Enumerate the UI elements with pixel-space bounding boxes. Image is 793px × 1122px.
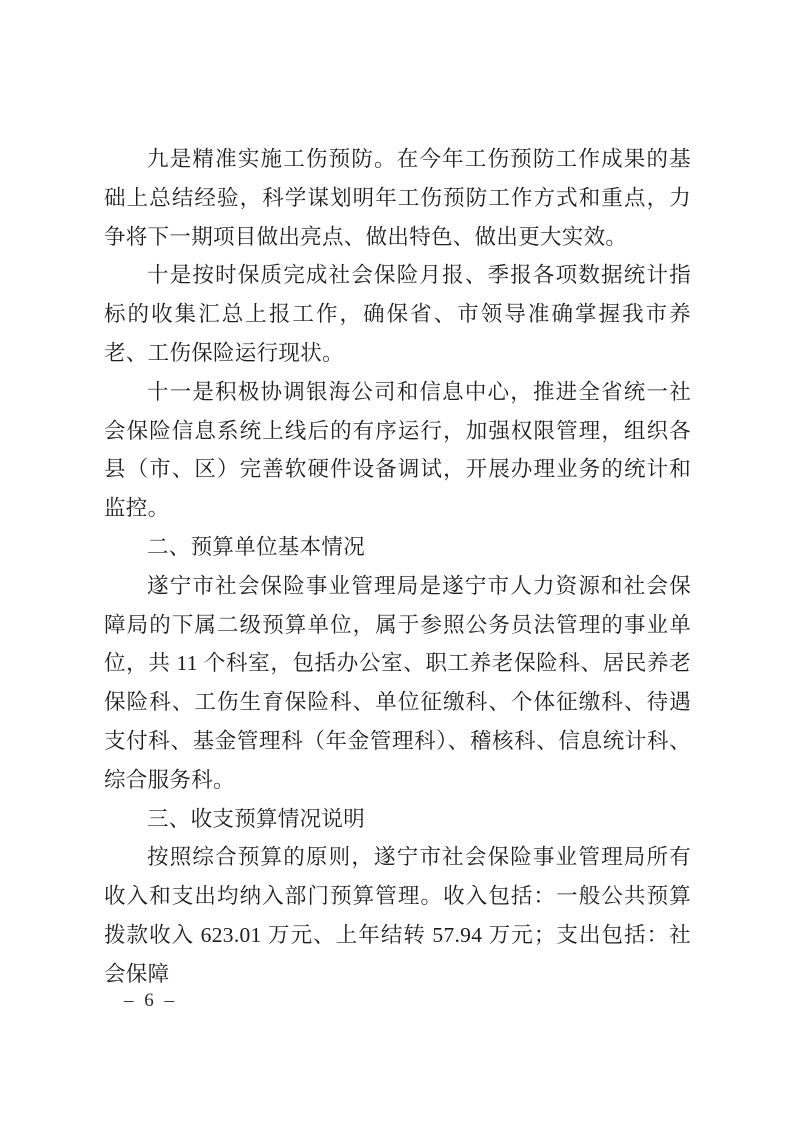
- section-heading-budget-unit-basics: 二、预算单位基本情况: [104, 528, 691, 567]
- paragraph-item-eleven: 十一是积极协调银海公司和信息中心，推进全省统一社会保险信息系统上线后的有序运行，…: [104, 373, 691, 528]
- document-page: 九是精准实施工伤预防。在今年工伤预防工作成果的基础上总结经验，科学谋划明年工伤预…: [0, 0, 793, 1122]
- paragraph-budget-summary: 按照综合预算的原则，遂宁市社会保险事业管理局所有收入和支出均纳入部门预算管理。收…: [104, 838, 691, 993]
- paragraph-org-overview: 遂宁市社会保险事业管理局是遂宁市人力资源和社会保障局的下属二级预算单位，属于参照…: [104, 567, 691, 800]
- paragraph-item-nine: 九是精准实施工伤预防。在今年工伤预防工作成果的基础上总结经验，科学谋划明年工伤预…: [104, 140, 691, 256]
- section-heading-budget-explanation: 三、收支预算情况说明: [104, 800, 691, 839]
- paragraph-item-ten: 十是按时保质完成社会保险月报、季报各项数据统计指标的收集汇总上报工作，确保省、市…: [104, 256, 691, 372]
- document-body: 九是精准实施工伤预防。在今年工伤预防工作成果的基础上总结经验，科学谋划明年工伤预…: [104, 140, 691, 994]
- page-number: – 6 –: [124, 990, 177, 1012]
